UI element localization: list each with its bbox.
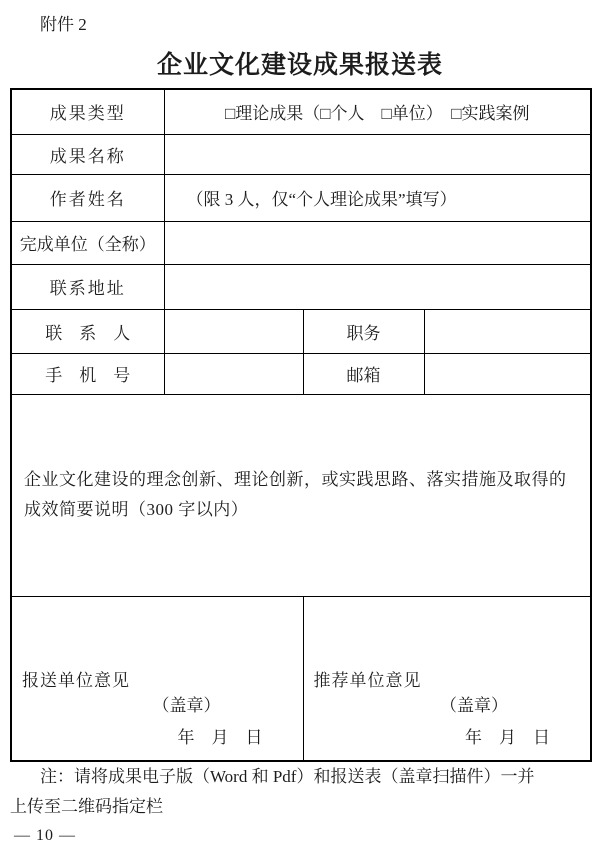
row-contact-address: 联系地址 <box>11 264 591 309</box>
field-completing-unit <box>164 221 591 264</box>
recommending-date-placeholder: 年 月 日 <box>465 723 550 748</box>
document-page: 附件 2 企业文化建设成果报送表 成果类型 □理论成果（□个人 □单位） □实践… <box>0 0 600 857</box>
submitting-date-placeholder: 年 月 日 <box>178 723 263 748</box>
field-achievement-name <box>164 134 591 174</box>
label-achievement-name: 成果名称 <box>11 134 164 174</box>
row-description: 企业文化建设的理念创新、理论创新，或实践思路、落实措施及取得的成效简要说明（30… <box>11 394 591 596</box>
field-description: 企业文化建设的理念创新、理论创新，或实践思路、落实措施及取得的成效简要说明（30… <box>11 394 591 596</box>
label-contact-person: 联 系 人 <box>11 309 164 353</box>
page-title: 企业文化建设成果报送表 <box>0 45 600 81</box>
row-author-name: 作者姓名 （限 3 人，仅“个人理论成果”填写） <box>11 174 591 221</box>
opinion-cell-recommending-unit: 推荐单位意见 （盖章） 年 月 日 <box>303 596 591 761</box>
label-achievement-type: 成果类型 <box>11 89 164 134</box>
field-author-name-hint: （限 3 人，仅“个人理论成果”填写） <box>164 174 591 221</box>
form-table: 成果类型 □理论成果（□个人 □单位） □实践案例 成果名称 作者姓名 （限 3… <box>10 88 592 762</box>
label-email: 邮箱 <box>303 353 424 394</box>
recommending-seal-placeholder: （盖章） <box>440 691 508 716</box>
field-email <box>424 353 591 394</box>
page-number: — 10 — <box>14 827 76 845</box>
field-position <box>424 309 591 353</box>
recommending-opinion-label: 推荐单位意见 <box>314 666 581 691</box>
row-opinions: 报送单位意见 （盖章） 年 月 日 推荐单位意见 （盖章） 年 月 日 <box>11 596 591 761</box>
label-completing-unit: 完成单位（全称） <box>11 221 164 264</box>
field-mobile <box>164 353 303 394</box>
row-completing-unit: 完成单位（全称） <box>11 221 591 264</box>
footnote-line-2: 上传至二维码指定栏 <box>10 792 592 822</box>
row-achievement-name: 成果名称 <box>11 134 591 174</box>
label-position: 职务 <box>303 309 424 353</box>
submitting-opinion-label: 报送单位意见 <box>22 666 293 691</box>
opinion-cell-submitting-unit: 报送单位意见 （盖章） 年 月 日 <box>11 596 303 761</box>
field-achievement-type-options: □理论成果（□个人 □单位） □实践案例 <box>164 89 591 134</box>
label-author-name: 作者姓名 <box>11 174 164 221</box>
footnote: 注：请将成果电子版（Word 和 Pdf）和报送表（盖章扫描件）一并 上传至二维… <box>10 762 592 822</box>
label-mobile: 手 机 号 <box>11 353 164 394</box>
row-mobile: 手 机 号 邮箱 <box>11 353 591 394</box>
field-contact-person <box>164 309 303 353</box>
label-contact-address: 联系地址 <box>11 264 164 309</box>
footnote-line-1: 注：请将成果电子版（Word 和 Pdf）和报送表（盖章扫描件）一并 <box>10 762 592 792</box>
submitting-seal-placeholder: （盖章） <box>153 691 221 716</box>
row-achievement-type: 成果类型 □理论成果（□个人 □单位） □实践案例 <box>11 89 591 134</box>
row-contact-person: 联 系 人 职务 <box>11 309 591 353</box>
attachment-label: 附件 2 <box>40 10 87 35</box>
field-contact-address <box>164 264 591 309</box>
